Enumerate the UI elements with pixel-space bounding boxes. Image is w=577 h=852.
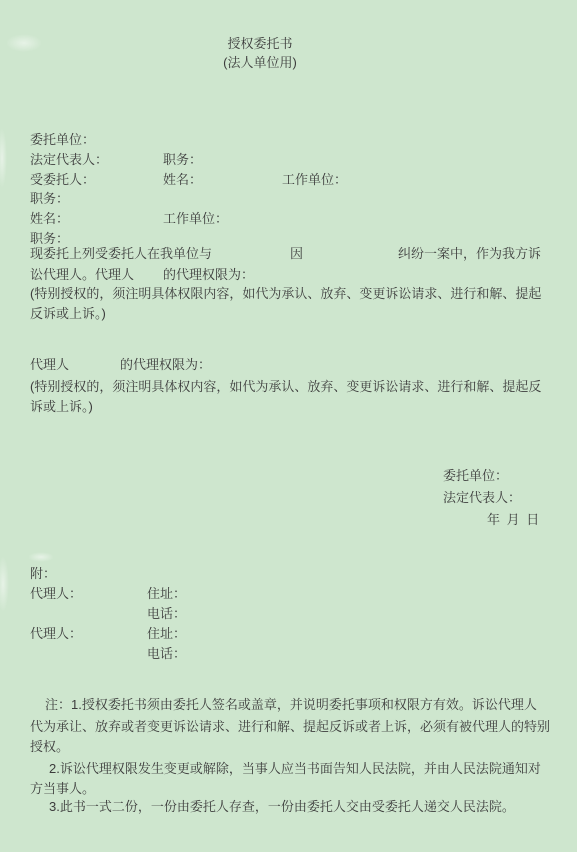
power-of-attorney-document: 授权委托书 (法人单位用) 委托单位： 法定代表人： 职务： 受委托人： 姓名：… [0,0,577,852]
row-name-2: 姓名： 工作单位： [0,209,577,229]
row-duty-2: 职务： [0,189,577,209]
duty-label: 职务： [30,189,69,209]
phone-label: 电话： [147,644,186,664]
agent-authority-text: 的代理权限为： [120,355,211,375]
row-entrusted-person: 受委托人： 姓名： 工作单位： [0,170,577,190]
attachment-agent2-row: 代理人： 住址： [0,624,577,644]
entrust-unit-label: 委托单位： [30,130,95,150]
scan-artifact [28,552,54,562]
work-unit-label: 工作单位： [163,209,228,229]
row-entrust-unit: 委托单位： [0,130,577,150]
special-authorization-note-1: (特别授权的，须注明具体权限内容，如代为承认、放弃、变更诉讼请求、进行和解、提起 [0,284,577,304]
entrusted-person-label: 受委托人： [30,170,95,190]
agent-label: 代理人 [30,355,69,375]
name-label: 姓名： [30,209,69,229]
clause-text: 讼代理人。代理人 [30,265,134,285]
clause-text: 现委托上列受委托人在我单位与 [30,244,212,264]
doc-subtitle: (法人单位用) [0,53,520,73]
attachment-phone2-row: 电话： [0,644,577,664]
date-placeholder: 年 月 日 [487,510,539,530]
clause-text: 纠纷一案中，作为我方诉 [398,244,541,264]
note-text: (特别授权的，须注明具体权内容，如代为承认、放弃、变更诉讼请求、进行和解、提起反 [30,377,541,397]
special-authorization-note-2: (特别授权的，须注明具体权内容，如代为承认、放弃、变更诉讼请求、进行和解、提起反 [0,377,577,397]
phone-label: 电话： [147,604,186,624]
signature-unit-label: 委托单位： [443,466,508,486]
doc-title: 授权委托书 [0,34,520,54]
footnote-text: 2.诉讼代理权限发生变更或解除，当事人应当书面告知人民法院，并由人民法院通知对 [49,759,541,779]
footnote-line-2: 代为承让、放弃或者变更诉讼请求、进行和解、提起反诉或者上诉，必须有被代理人的特别 [0,717,577,737]
footnote-text: 代为承让、放弃或者变更诉讼请求、进行和解、提起反诉或者上诉，必须有被代理人的特别 [30,717,550,737]
footnote-line-1: 注：1.授权委托书须由委托人签名或盖章，并说明委托事项和权限方有效。诉讼代理人 [0,695,577,715]
address-label: 住址： [147,584,186,604]
address-label: 住址： [147,624,186,644]
clause-text: 的代理权限为： [163,265,254,285]
signature-date-row: 年 月 日 [0,510,577,530]
footnote-text: 3.此书一式二份，一份由委托人存查，一份由委托人交由受委托人递交人民法院。 [49,797,515,817]
legal-representative-label: 法定代表人： [30,150,108,170]
clause-line-2: 讼代理人。代理人 的代理权限为： [0,265,577,285]
signature-unit-row: 委托单位： [0,466,577,486]
name-label: 姓名： [163,170,202,190]
agent-label: 代理人： [30,584,82,604]
special-authorization-note-2-cont: 诉或上诉。) [0,397,577,417]
footnote-line-4: 2.诉讼代理权限发生变更或解除，当事人应当书面告知人民法院，并由人民法院通知对 [0,759,577,779]
special-authorization-note-1-cont: 反诉或上诉。) [0,304,577,324]
clause-text: 因 [290,244,303,264]
agent-label: 代理人： [30,624,82,644]
row-legal-rep: 法定代表人： 职务： [0,150,577,170]
footnote-text: 注：1.授权委托书须由委托人签名或盖章，并说明委托事项和权限方有效。诉讼代理人 [45,695,537,715]
note-text: 反诉或上诉。) [30,304,106,324]
footnote-line-6: 3.此书一式二份，一份由委托人存查，一份由委托人交由受委托人递交人民法院。 [0,797,577,817]
attachment-title: 附： [30,564,56,584]
agent-authority-line: 代理人 的代理权限为： [0,355,577,375]
attachment-phone1-row: 电话： [0,604,577,624]
work-unit-label: 工作单位： [282,170,347,190]
signature-legal-rep-row: 法定代表人： [0,488,577,508]
signature-legal-rep-label: 法定代表人： [443,488,521,508]
note-text: (特别授权的，须注明具体权限内容，如代为承认、放弃、变更诉讼请求、进行和解、提起 [30,284,541,304]
attachment-agent1-row: 代理人： 住址： [0,584,577,604]
footnote-line-5: 方当事人。 [0,779,577,799]
footnote-text: 授权。 [30,737,69,757]
footnote-line-3: 授权。 [0,737,577,757]
attachment-title-row: 附： [0,564,577,584]
duty-label: 职务： [163,150,202,170]
clause-line-1: 现委托上列受委托人在我单位与 因 纠纷一案中，作为我方诉 [0,244,577,264]
note-text: 诉或上诉。) [30,397,93,417]
footnote-text: 方当事人。 [30,779,95,799]
